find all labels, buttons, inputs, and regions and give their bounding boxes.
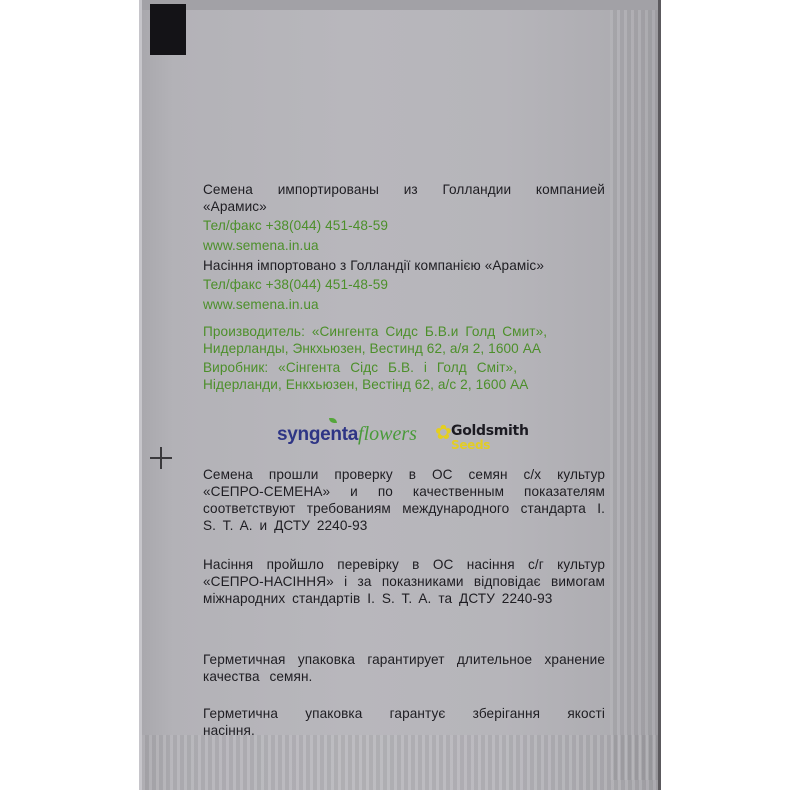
packaging-ua-text: Герметична упаковка гарантує зберігання … — [203, 705, 605, 739]
importer-ua-phone: Тел/факс +38(044) 451-48-59 — [203, 276, 605, 293]
manufacturer-ru-line1: Производитель: «Сингента Сидс Б.В.и Голд… — [203, 323, 605, 340]
seeds-wordmark: Seeds — [451, 438, 490, 452]
syngenta-flowers-logo: syngentaflowers — [277, 423, 417, 446]
packaging-ru-text: Герметичная упаковка гарантирует длитель… — [203, 651, 605, 685]
right-seal-seam — [610, 10, 658, 780]
importer-ua-website: www.semena.in.ua — [203, 296, 605, 313]
flowers-wordmark: flowers — [358, 423, 417, 445]
manufacturer-ua-line2: Нідерланди, Енкхьюзен, Вестінд 62, а/с 2… — [203, 376, 605, 393]
syngenta-wordmark: syngenta — [277, 424, 358, 445]
manufacturer-ru-line2: Нидерланды, Энкхьюзен, Вестинд 62, а/я 2… — [203, 340, 605, 357]
seed-packet-back: Семена импортированы из Голландии компан… — [139, 0, 661, 790]
packaging-ua: Герметична упаковка гарантує зберігання … — [203, 705, 605, 739]
importer-block: Семена импортированы из Голландии компан… — [203, 181, 605, 313]
certification-ua: Насіння пройшло перевірку в ОС насіння с… — [203, 556, 605, 607]
certification-ru: Семена прошли проверку в ОС семян с/х ку… — [203, 466, 605, 534]
goldsmith-wordmark: Goldsmith — [451, 423, 529, 439]
certification-ua-text: Насіння пройшло перевірку в ОС насіння с… — [203, 556, 605, 607]
importer-ru-text: Семена импортированы из Голландии компан… — [203, 181, 605, 215]
packaging-ru: Герметичная упаковка гарантирует длитель… — [203, 651, 605, 685]
brand-logos: syngentaflowers ✿ Goldsmith Seeds — [277, 418, 537, 458]
registration-cross-icon — [150, 447, 172, 469]
certification-ru-text: Семена прошли проверку в ОС семян с/х ку… — [203, 466, 605, 534]
printer-registration-block — [150, 4, 186, 55]
importer-ua-text: Насіння імпортовано з Голландії компаніє… — [203, 257, 605, 274]
manufacturer-block: Производитель: «Сингента Сидс Б.В.и Голд… — [203, 323, 605, 393]
importer-ru-phone: Тел/факс +38(044) 451-48-59 — [203, 217, 605, 234]
goldsmith-flower-icon: ✿ — [435, 421, 451, 443]
importer-ru-website: www.semena.in.ua — [203, 237, 605, 254]
manufacturer-ua-line1: Виробник: «Сінгента Сідс Б.В. і Голд Смі… — [203, 359, 605, 376]
